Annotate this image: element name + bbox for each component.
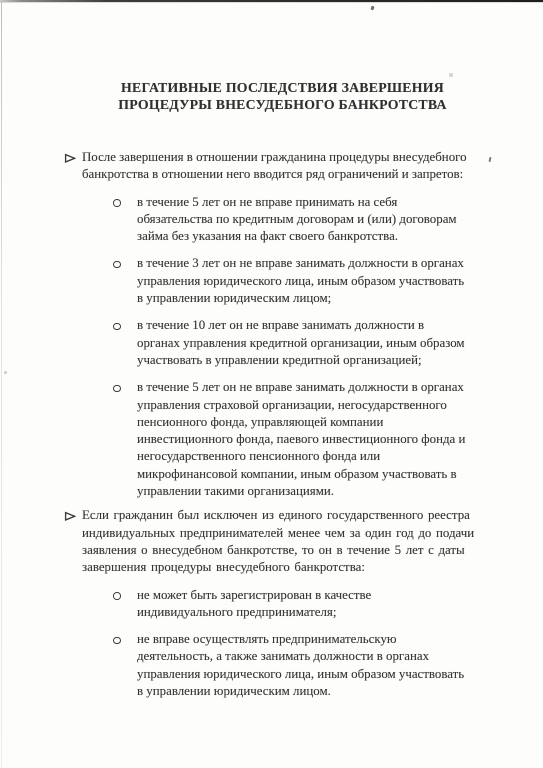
scan-top-edge-artifact <box>0 0 543 3</box>
arrowhead-bullet-icon <box>64 149 82 164</box>
sub-bullet-item: в течение 5 лет он не вправе занимать до… <box>0 379 543 500</box>
sub-bullet-text: в течение 5 лет он не вправе занимать до… <box>137 379 465 500</box>
document-title: НЕГАТИВНЫЕ ПОСЛЕДСТВИЯ ЗАВЕРШЕНИЯ ПРОЦЕД… <box>22 79 543 113</box>
bullet-text: После завершения в отношении гражданина … <box>82 149 467 184</box>
circle-bullet-icon <box>113 631 137 644</box>
scan-speck <box>4 371 7 374</box>
sub-bullet-item: в течение 5 лет он не вправе принимать н… <box>0 194 543 246</box>
sub-bullet-item: в течение 10 лет он не вправе занимать д… <box>0 317 543 369</box>
sub-bullet-text: не может быть зарегистрирован в качестве… <box>137 587 371 622</box>
scanned-document-page: НЕГАТИВНЫЕ ПОСЛЕДСТВИЯ ЗАВЕРШЕНИЯ ПРОЦЕД… <box>0 0 543 768</box>
sub-bullet-item: не вправе осуществлять предпринимательск… <box>0 631 543 700</box>
circle-bullet-icon <box>113 587 137 600</box>
arrowhead-bullet-icon <box>64 507 82 522</box>
sub-bullet-text: в течение 5 лет он не вправе принимать н… <box>137 194 457 246</box>
circle-bullet-icon <box>113 194 137 207</box>
bullet-item: После завершения в отношении гражданина … <box>0 149 543 184</box>
circle-bullet-icon <box>113 255 137 268</box>
sub-bullet-text: в течение 10 лет он не вправе занимать д… <box>137 317 465 369</box>
sub-bullet-text: не вправе осуществлять предпринимательск… <box>137 631 464 700</box>
circle-bullet-icon <box>113 379 137 392</box>
bullet-item: Если гражданин был исключен из единого г… <box>0 507 543 576</box>
scan-left-edge-artifact <box>1 2 2 768</box>
bullet-text: Если гражданин был исключен из единого г… <box>82 507 474 576</box>
sub-bullet-item: не может быть зарегистрирован в качестве… <box>0 587 543 622</box>
sub-bullet-text: в течение 3 лет он не вправе занимать до… <box>137 255 464 307</box>
scan-speck <box>449 73 453 77</box>
circle-bullet-icon <box>113 317 137 330</box>
sub-bullet-item: в течение 3 лет он не вправе занимать до… <box>0 255 543 307</box>
scan-speck <box>370 6 374 11</box>
